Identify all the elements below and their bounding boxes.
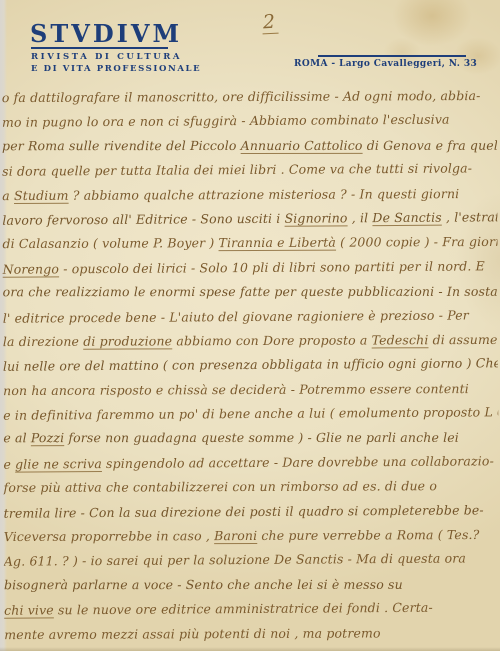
letterhead-subtitle-2: E DI VITA PROFESSIONALE: [31, 64, 201, 74]
handwritten-line: l' editrice procede bene - L'aiuto del g…: [3, 303, 498, 331]
text-segment: di Calasanzio ( volume P. Boyer ): [2, 235, 218, 251]
text-segment: che pure verrebbe a Roma ( Tes.?: [257, 527, 479, 543]
handwritten-line: per Roma sulle rivendite del Piccolo Ann…: [2, 134, 497, 159]
text-segment: , il: [348, 210, 373, 225]
text-segment: per Roma sulle rivendite del Piccolo: [2, 138, 241, 153]
letterhead-logo: STVDIVM: [30, 19, 180, 48]
handwritten-line: bisognerà parlarne a voce - Sento che an…: [4, 573, 499, 598]
handwritten-line: ora che realizziamo le enormi spese fatt…: [3, 280, 498, 305]
handwritten-line: mo in pugno lo ora e non ci sfuggirà - A…: [2, 108, 497, 136]
scanned-letter-page: { "document": { "kind": "scanned handwri…: [0, 0, 500, 651]
handwritten-letter-body: o fa dattilografare il manoscritto, ore …: [2, 84, 499, 648]
text-segment: ora che realizziamo le enormi spese fatt…: [3, 284, 498, 299]
handwritten-line: Norengo - opuscolo dei lirici - Solo 10 …: [2, 254, 497, 282]
text-segment: ( 2000 copie ) - Fra giorni esce: [336, 234, 498, 250]
handwritten-line: forse più attiva che contabilizzerei con…: [3, 474, 498, 501]
letterhead-logo-rule: [31, 47, 168, 49]
underlined-phrase: glie ne scriva: [15, 456, 102, 472]
text-segment: , l'estratto: [442, 209, 498, 224]
underlined-phrase: Norengo: [3, 261, 60, 276]
text-segment: la direzione: [3, 334, 83, 349]
handwritten-line: chi vive su le nuove ore editrice ammini…: [4, 595, 499, 623]
underlined-phrase: Pozzi: [31, 431, 64, 446]
text-segment: su le nuove ore editrice amministratrice…: [54, 600, 433, 618]
handwritten-line: a Studium ? abbiamo qualche attrazione m…: [2, 181, 497, 208]
text-segment: o fa dattilografare il manoscritto, ore …: [2, 88, 481, 105]
text-segment: di assumere: [428, 332, 498, 347]
handwritten-page-number: 2: [261, 11, 278, 35]
text-segment: lui nelle ore del mattino ( con presenza…: [3, 355, 498, 374]
underlined-phrase: Tirannia e Libertà: [218, 235, 336, 251]
text-segment: l' editrice procede bene - L'aiuto del g…: [3, 307, 469, 325]
handwritten-line: Viceversa proporrebbe in caso , Baroni c…: [4, 523, 499, 550]
text-segment: forse più attiva che contabilizzerei con…: [3, 478, 437, 495]
underlined-phrase: Studium: [14, 187, 69, 202]
text-segment: Ag. 611. ? ) - io sarei qui per la soluz…: [4, 551, 466, 569]
handwritten-line: lavoro fervoroso all' Editrice - Sono us…: [2, 205, 497, 233]
text-segment: e al: [3, 431, 31, 446]
text-segment: ? abbiamo qualche attrazione misteriosa …: [69, 186, 460, 203]
text-segment: forse non guadagna queste somme ) - Glie…: [64, 430, 459, 445]
underlined-phrase: Signorino: [284, 210, 347, 225]
text-segment: di Genova e fra quelle: [363, 138, 497, 153]
handwritten-line: tremila lire - Con la sua direzione dei …: [4, 498, 499, 526]
underlined-phrase: Baroni: [214, 528, 257, 543]
text-segment: - opuscolo dei lirici - Solo 10 pli di l…: [59, 258, 485, 276]
handwritten-line: Ag. 611. ? ) - io sarei qui per la soluz…: [4, 547, 499, 575]
text-segment: spingendolo ad accettare - Dare dovrebbe…: [102, 453, 494, 471]
underlined-phrase: Tedeschi: [372, 332, 429, 347]
text-segment: si dora quelle per tutta Italia dei miei…: [2, 161, 472, 179]
handwritten-line: la direzione di produzione abbiamo con D…: [3, 328, 498, 355]
underlined-phrase: di produzione: [83, 333, 172, 348]
handwritten-line: e in definitiva faremmo un po' di bene a…: [3, 400, 498, 428]
handwritten-line: si dora quelle per tutta Italia dei miei…: [2, 156, 497, 184]
handwritten-line: non ha ancora risposto e chissà se decid…: [3, 377, 498, 404]
underlined-phrase: chi vive: [4, 603, 54, 618]
handwritten-line: mente avremo mezzi assai più potenti di …: [4, 621, 499, 648]
text-segment: a: [2, 188, 14, 203]
text-segment: bisognerà parlarne a voce - Sento che an…: [4, 577, 403, 592]
underlined-phrase: Annuario Cattolico: [241, 138, 363, 153]
text-segment: lavoro fervoroso all' Editrice - Sono us…: [2, 211, 284, 228]
text-segment: e: [3, 457, 15, 472]
handwritten-line: e glie ne scriva spingendolo ad accettar…: [3, 449, 498, 477]
handwritten-line: o fa dattilografare il manoscritto, ore …: [2, 84, 497, 111]
handwritten-line: di Calasanzio ( volume P. Boyer ) Tirann…: [2, 230, 497, 257]
handwritten-line: e al Pozzi forse non guadagna queste som…: [3, 426, 498, 451]
text-segment: non ha ancora risposto e chissà se decid…: [3, 381, 469, 398]
letterhead-address: ROMA - Largo Cavalleggeri, N. 33: [294, 59, 484, 69]
text-segment: mo in pugno lo ora e non ci sfuggirà - A…: [2, 112, 450, 130]
letterhead-subtitle-1: RIVISTA DI CULTURA: [31, 52, 182, 62]
underlined-phrase: De Sanctis: [372, 210, 442, 225]
text-segment: abbiamo con Dore proposto a: [172, 332, 371, 348]
text-segment: e in definitiva faremmo un po' di bene a…: [3, 404, 498, 423]
text-segment: Viceversa proporrebbe in caso ,: [4, 528, 214, 544]
text-segment: mente avremo mezzi assai più potenti di …: [4, 625, 381, 642]
address-rule: [318, 55, 466, 57]
handwritten-line: lui nelle ore del mattino ( con presenza…: [3, 352, 498, 380]
text-segment: tremila lire - Con la sua direzione dei …: [4, 502, 484, 520]
